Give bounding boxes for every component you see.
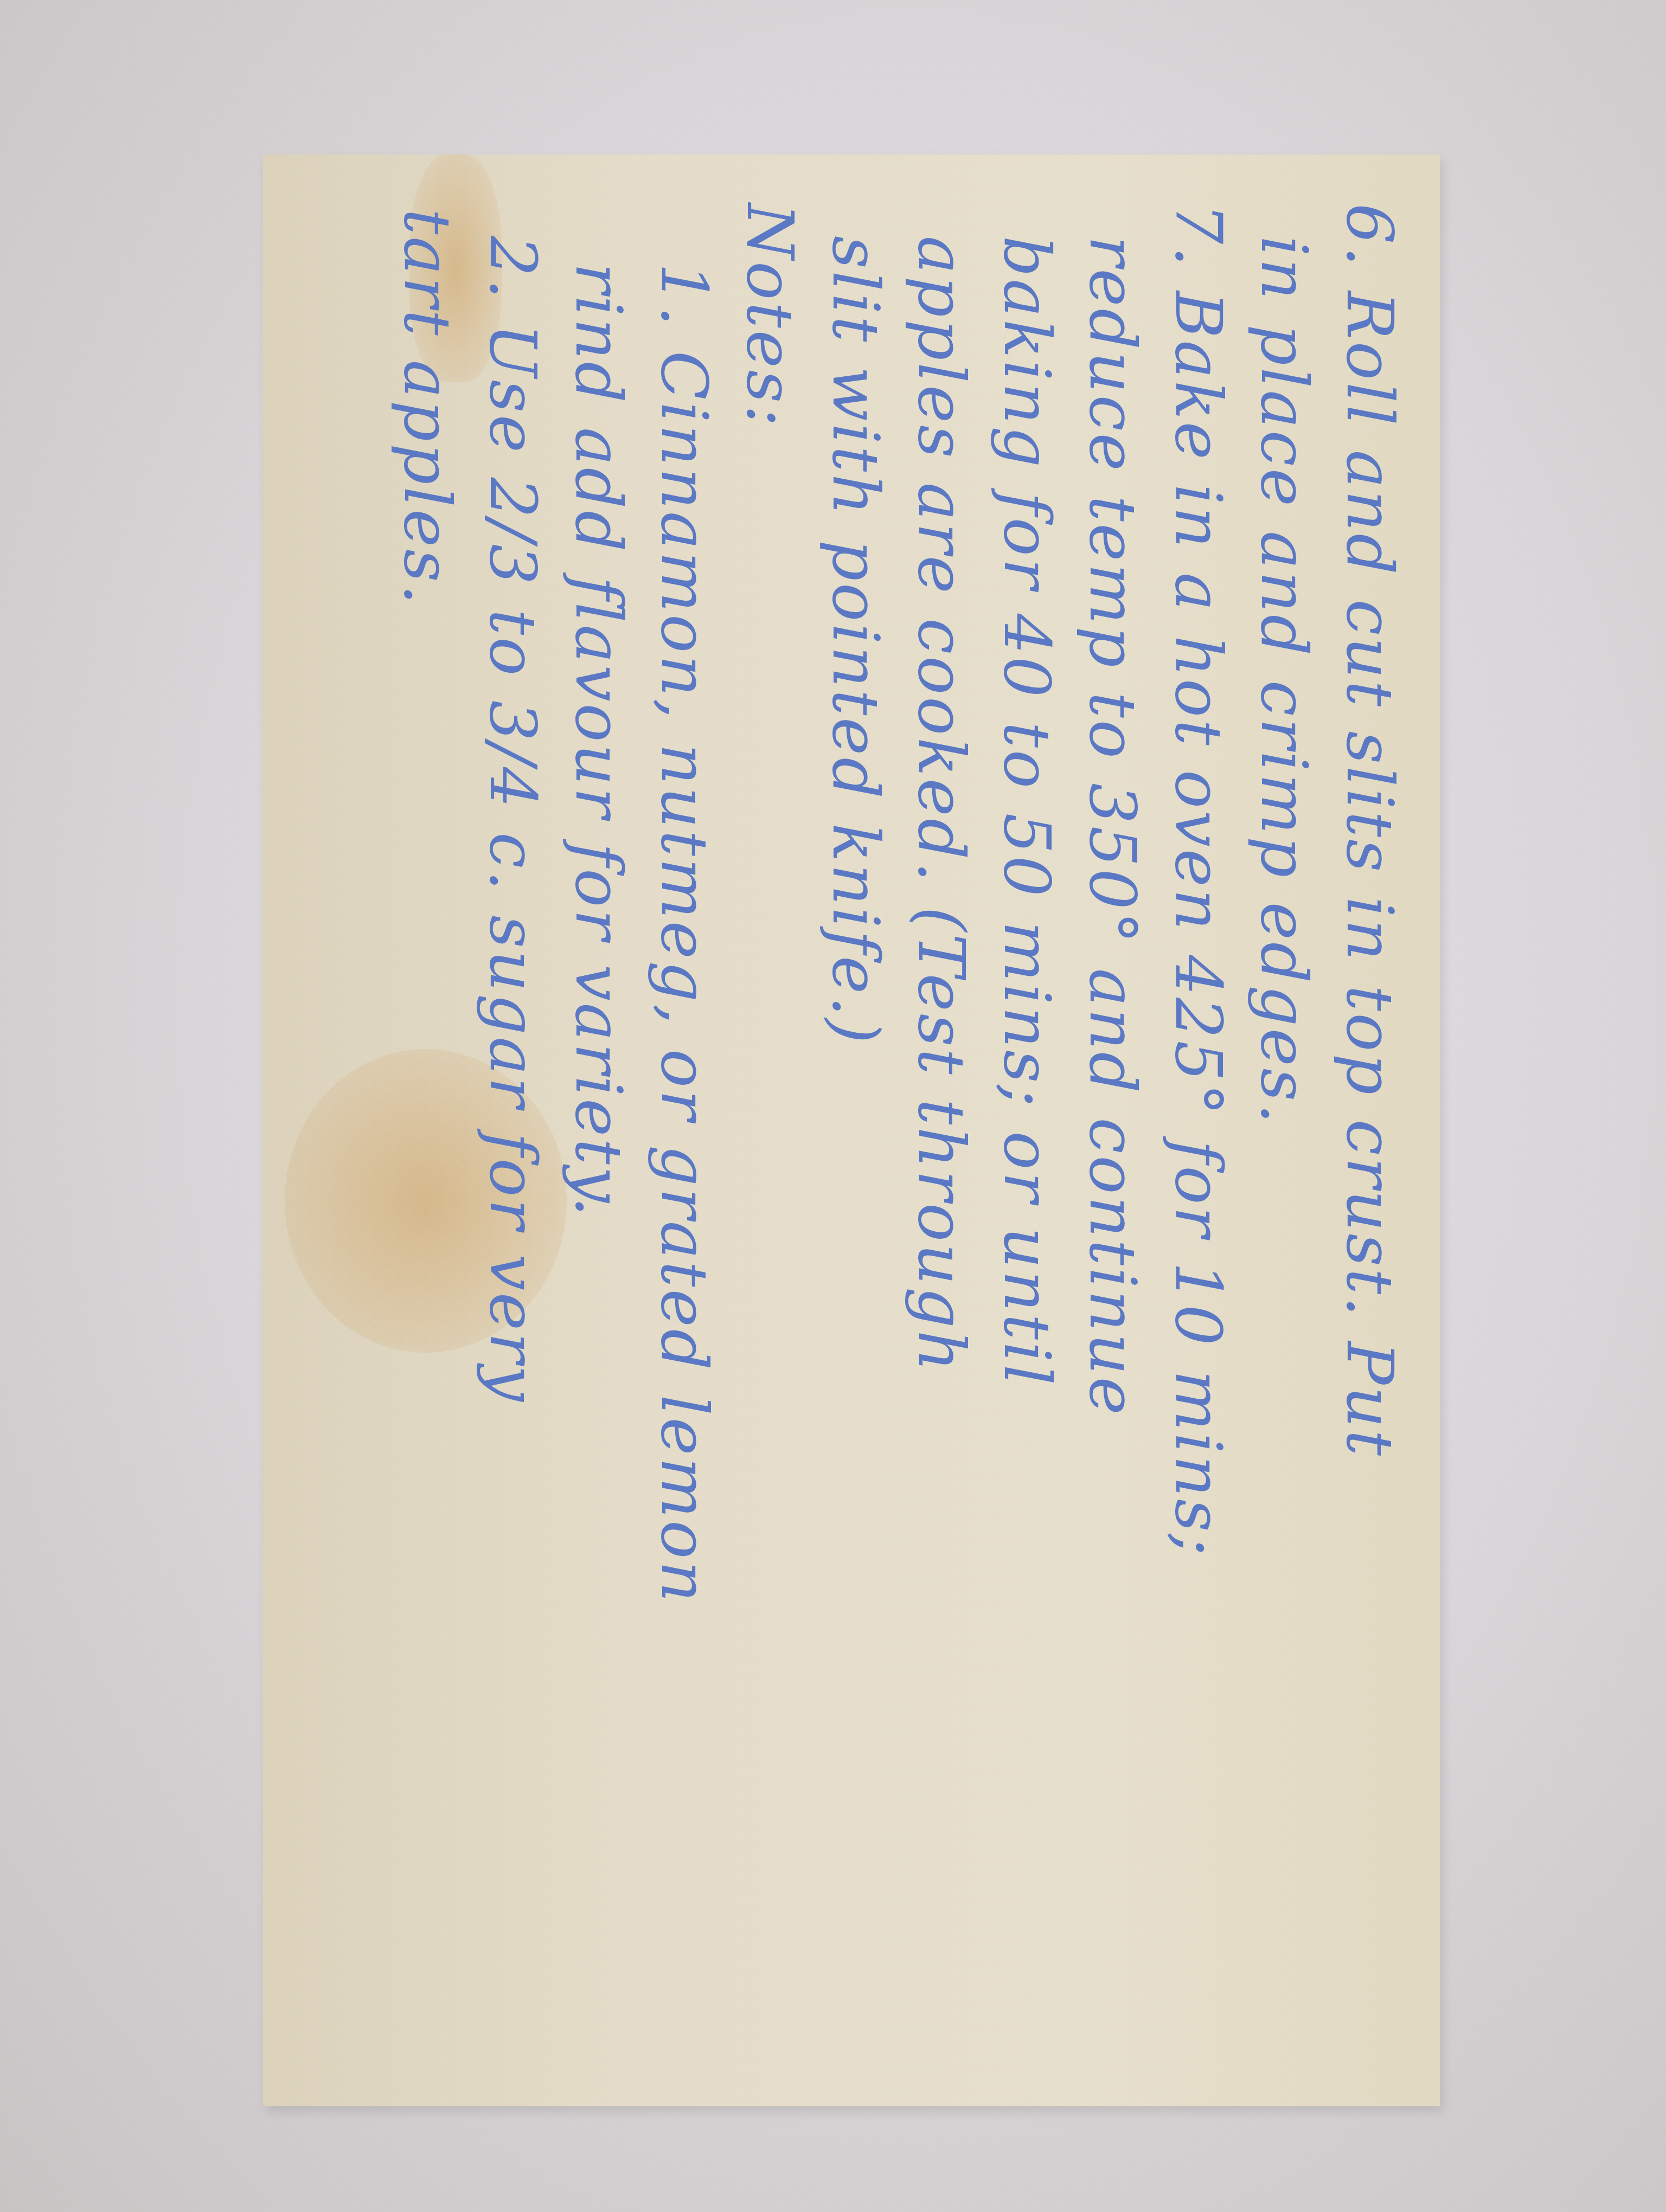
step-6-line-1: 6. Roll and cut slits in top crust. Put xyxy=(1327,203,1413,2063)
note-2-line-2: tart apples. xyxy=(385,203,470,2063)
step-7-line-5: slit with pointed knife.) xyxy=(813,203,899,2063)
card-content: 6. Roll and cut slits in top crust. Put … xyxy=(263,155,1440,2106)
recipe-card: 6. Roll and cut slits in top crust. Put … xyxy=(263,155,1440,2106)
step-7-line-3: baking for 40 to 50 mins; or until xyxy=(984,203,1070,2063)
step-7-line-4: apples are cooked. (Test through xyxy=(899,203,984,2063)
note-2-line-1: 2. Use 2/3 to 3/4 c. sugar for very xyxy=(470,203,556,2063)
note-1-line-2: rind add flavour for variety. xyxy=(556,203,642,2063)
note-1-line-1: 1. Cinnamon, nutmeg, or grated lemon xyxy=(642,203,727,2063)
step-6-line-2: in place and crimp edges. xyxy=(1241,203,1327,2063)
step-7-line-2: reduce temp to 350° and continue xyxy=(1070,203,1156,2063)
step-7-line-1: 7. Bake in a hot oven 425° for 10 mins; xyxy=(1156,203,1241,2063)
handwritten-text: 6. Roll and cut slits in top crust. Put … xyxy=(385,203,1413,2063)
notes-heading: Notes: xyxy=(727,203,813,2063)
